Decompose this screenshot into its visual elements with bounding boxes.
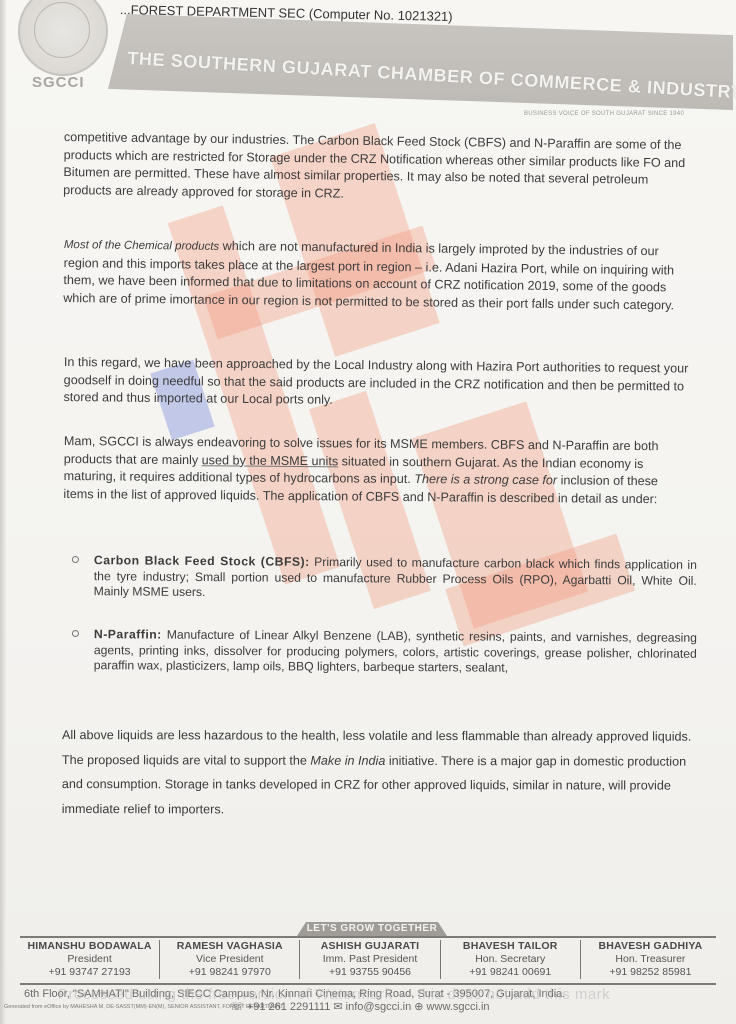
bullet-item-cbfs: Carbon Black Feed Stock (CBFS): Primaril…: [72, 553, 697, 604]
officer-card: HIMANSHU BODAWALAPresident+91 93747 2719…: [20, 940, 160, 979]
bullet-circle-icon: [72, 556, 79, 563]
officer-phone: +91 93755 90456: [300, 966, 439, 979]
contact-line: ☏ +91 261 2291111 ✉ info@sgcci.in ⊕ www.…: [230, 1000, 490, 1013]
italic-phrase: There is a strong case for: [414, 472, 557, 487]
officer-name: HIMANSHU BODAWALA: [20, 940, 159, 953]
officer-phone: +91 98252 85981: [581, 966, 720, 979]
footer-top-rule: [20, 936, 716, 938]
officer-name: BHAVESH TAILOR: [441, 940, 580, 953]
tagline: BUSINESS VOICE OF SOUTH GUJARAT SINCE 19…: [524, 111, 684, 117]
paragraph-2: Most of the Chemical products which are …: [63, 236, 689, 315]
page-edge-shadow: [0, 0, 6, 1024]
bullet-circle-icon: [72, 630, 79, 637]
officer-phone: +91 93747 27193: [20, 966, 159, 979]
logo-text: SGCCI: [32, 74, 85, 91]
logo-emblem: [34, 2, 90, 58]
italic-phrase: Make in India: [310, 753, 385, 767]
slogan-tab: LET'S GROW TOGETHER: [297, 922, 447, 936]
office-bearers: HIMANSHU BODAWALAPresident+91 93747 2719…: [20, 940, 720, 979]
officer-card: RAMESH VAGHASIAVice President+91 98241 9…: [160, 940, 300, 979]
paragraph-2-lead: Most of the Chemical products: [64, 239, 219, 253]
officer-card: ASHISH GUJARATIImm. Past President+91 93…: [300, 940, 440, 979]
officer-phone: +91 98241 97970: [160, 966, 299, 979]
officer-name: ASHISH GUJARATI: [300, 940, 439, 953]
officer-card: BHAVESH GADHIYAHon. Treasurer+91 98252 8…: [581, 940, 720, 979]
officer-role: Imm. Past President: [300, 953, 439, 966]
officer-role: Hon. Secretary: [441, 953, 580, 966]
officer-role: Vice President: [160, 953, 299, 966]
paragraph-1: competitive advantage by our industries.…: [63, 129, 689, 207]
document-page: ...FOREST DEPARTMENT SEC (Computer No. 1…: [0, 0, 736, 1024]
officer-role: President: [20, 953, 159, 966]
officer-name: BHAVESH GADHIYA: [581, 940, 720, 953]
officer-phone: +91 98241 00691: [441, 966, 580, 979]
officer-name: RAMESH VAGHASIA: [160, 940, 299, 953]
bullet-item-n-paraffin: N-Paraffin: Manufacture of Linear Alkyl …: [72, 627, 697, 677]
bullet-term: N-Paraffin:: [94, 627, 162, 641]
officer-card: BHAVESH TAILORHon. Secretary+91 98241 00…: [441, 940, 581, 979]
bullet-text: Manufacture of Linear Alkyl Benzene (LAB…: [94, 628, 697, 675]
officer-role: Hon. Treasurer: [581, 953, 720, 966]
sgcci-logo-icon: [18, 0, 108, 76]
paragraph-5: All above liquids are less hazardous to …: [62, 723, 698, 823]
bullet-term: Carbon Black Feed Stock (CBFS):: [94, 553, 310, 569]
paragraph-4: Mam, SGCCI is always endeavoring to solv…: [63, 433, 689, 508]
underlined-phrase: used by the MSME units: [202, 453, 339, 468]
paragraph-3: In this regard, we have been approached …: [63, 354, 689, 413]
footer-bottom-rule: [20, 983, 716, 985]
